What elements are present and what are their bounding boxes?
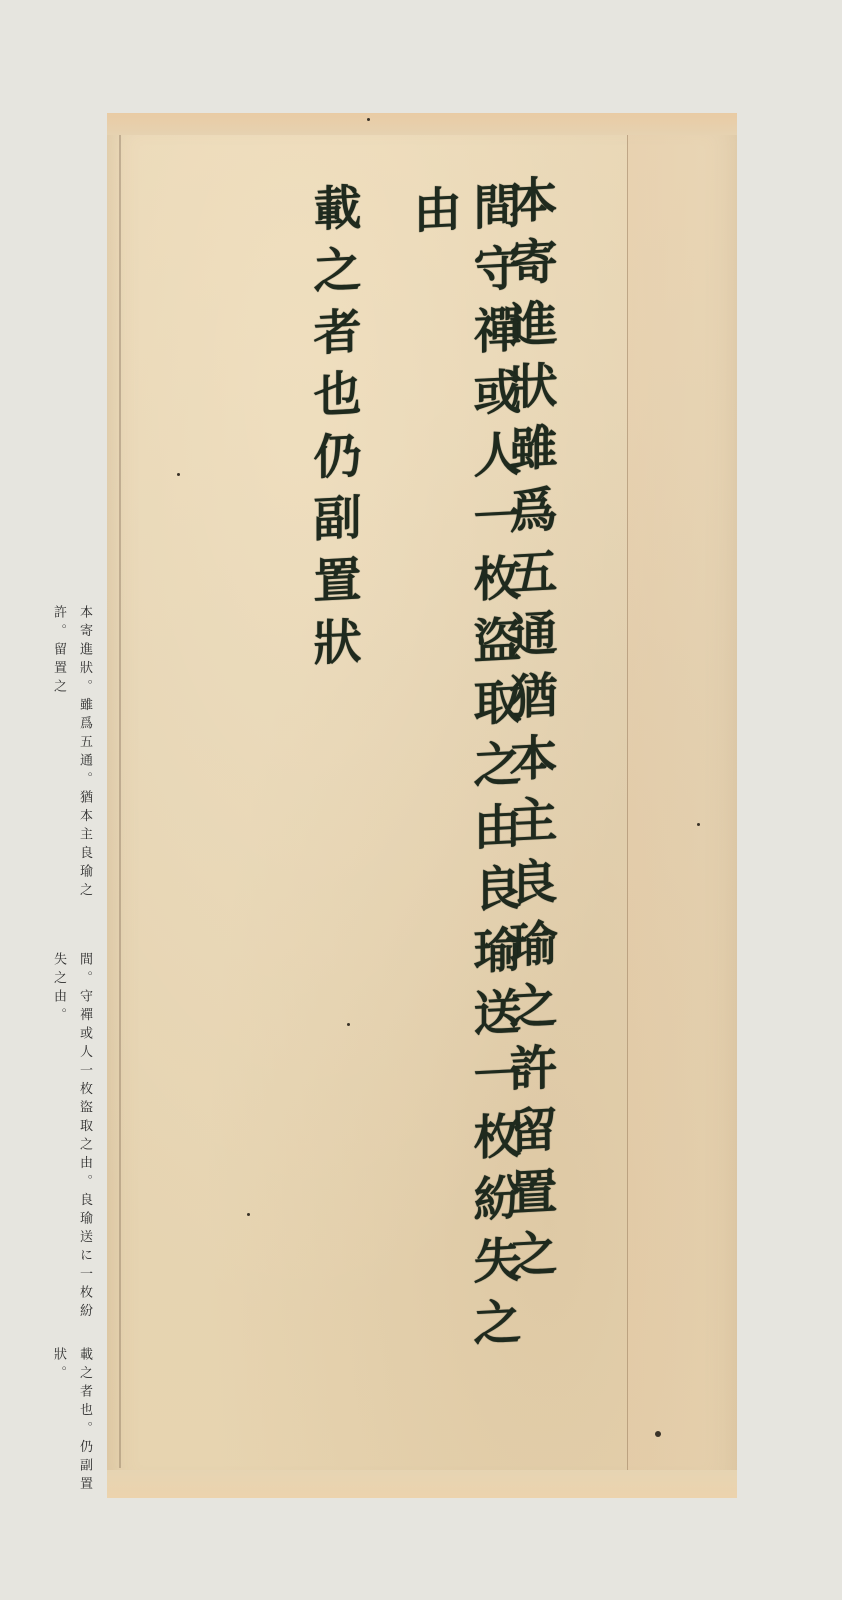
paper-bottom-edge	[107, 1470, 737, 1498]
paper-speck	[697, 823, 700, 826]
paper-speck	[367, 118, 370, 121]
paper-seam-line	[627, 135, 628, 1470]
paper-top-edge	[107, 113, 737, 135]
calligraphy-column-3: 載之者也仍副置狀	[303, 181, 363, 804]
transcription-text: 本寄進狀。雖爲五通。猶本主良瑜之許。留置之 間。守禪或人一枚盜取之由。良瑜送に一…	[58, 605, 84, 1505]
paper-speck	[247, 1213, 250, 1216]
transcription-line-2: 間。守禪或人一枚盜取之由。良瑜送に一枚紛失之由。	[45, 952, 97, 1331]
paper-speck	[347, 1023, 350, 1026]
paper-speck	[655, 1431, 661, 1437]
paper-joined-sheet	[627, 135, 737, 1470]
transcription-line-1: 本寄進狀。雖爲五通。猶本主良瑜之許。留置之	[45, 605, 97, 937]
paper-speck	[177, 473, 180, 476]
calligraphy-document-scan: 本寄進狀雖爲五通猶本主良瑜之許留置之 間守禪或人一枚盜取之由良瑜送一枚紛失之由 …	[107, 113, 737, 1498]
calligraphy-column-2: 間守禪或人一枚盜取之由良瑜送一枚紛失之由	[403, 180, 523, 1416]
transcription-line-3: 載之者也。仍副置狀。	[45, 1347, 97, 1505]
